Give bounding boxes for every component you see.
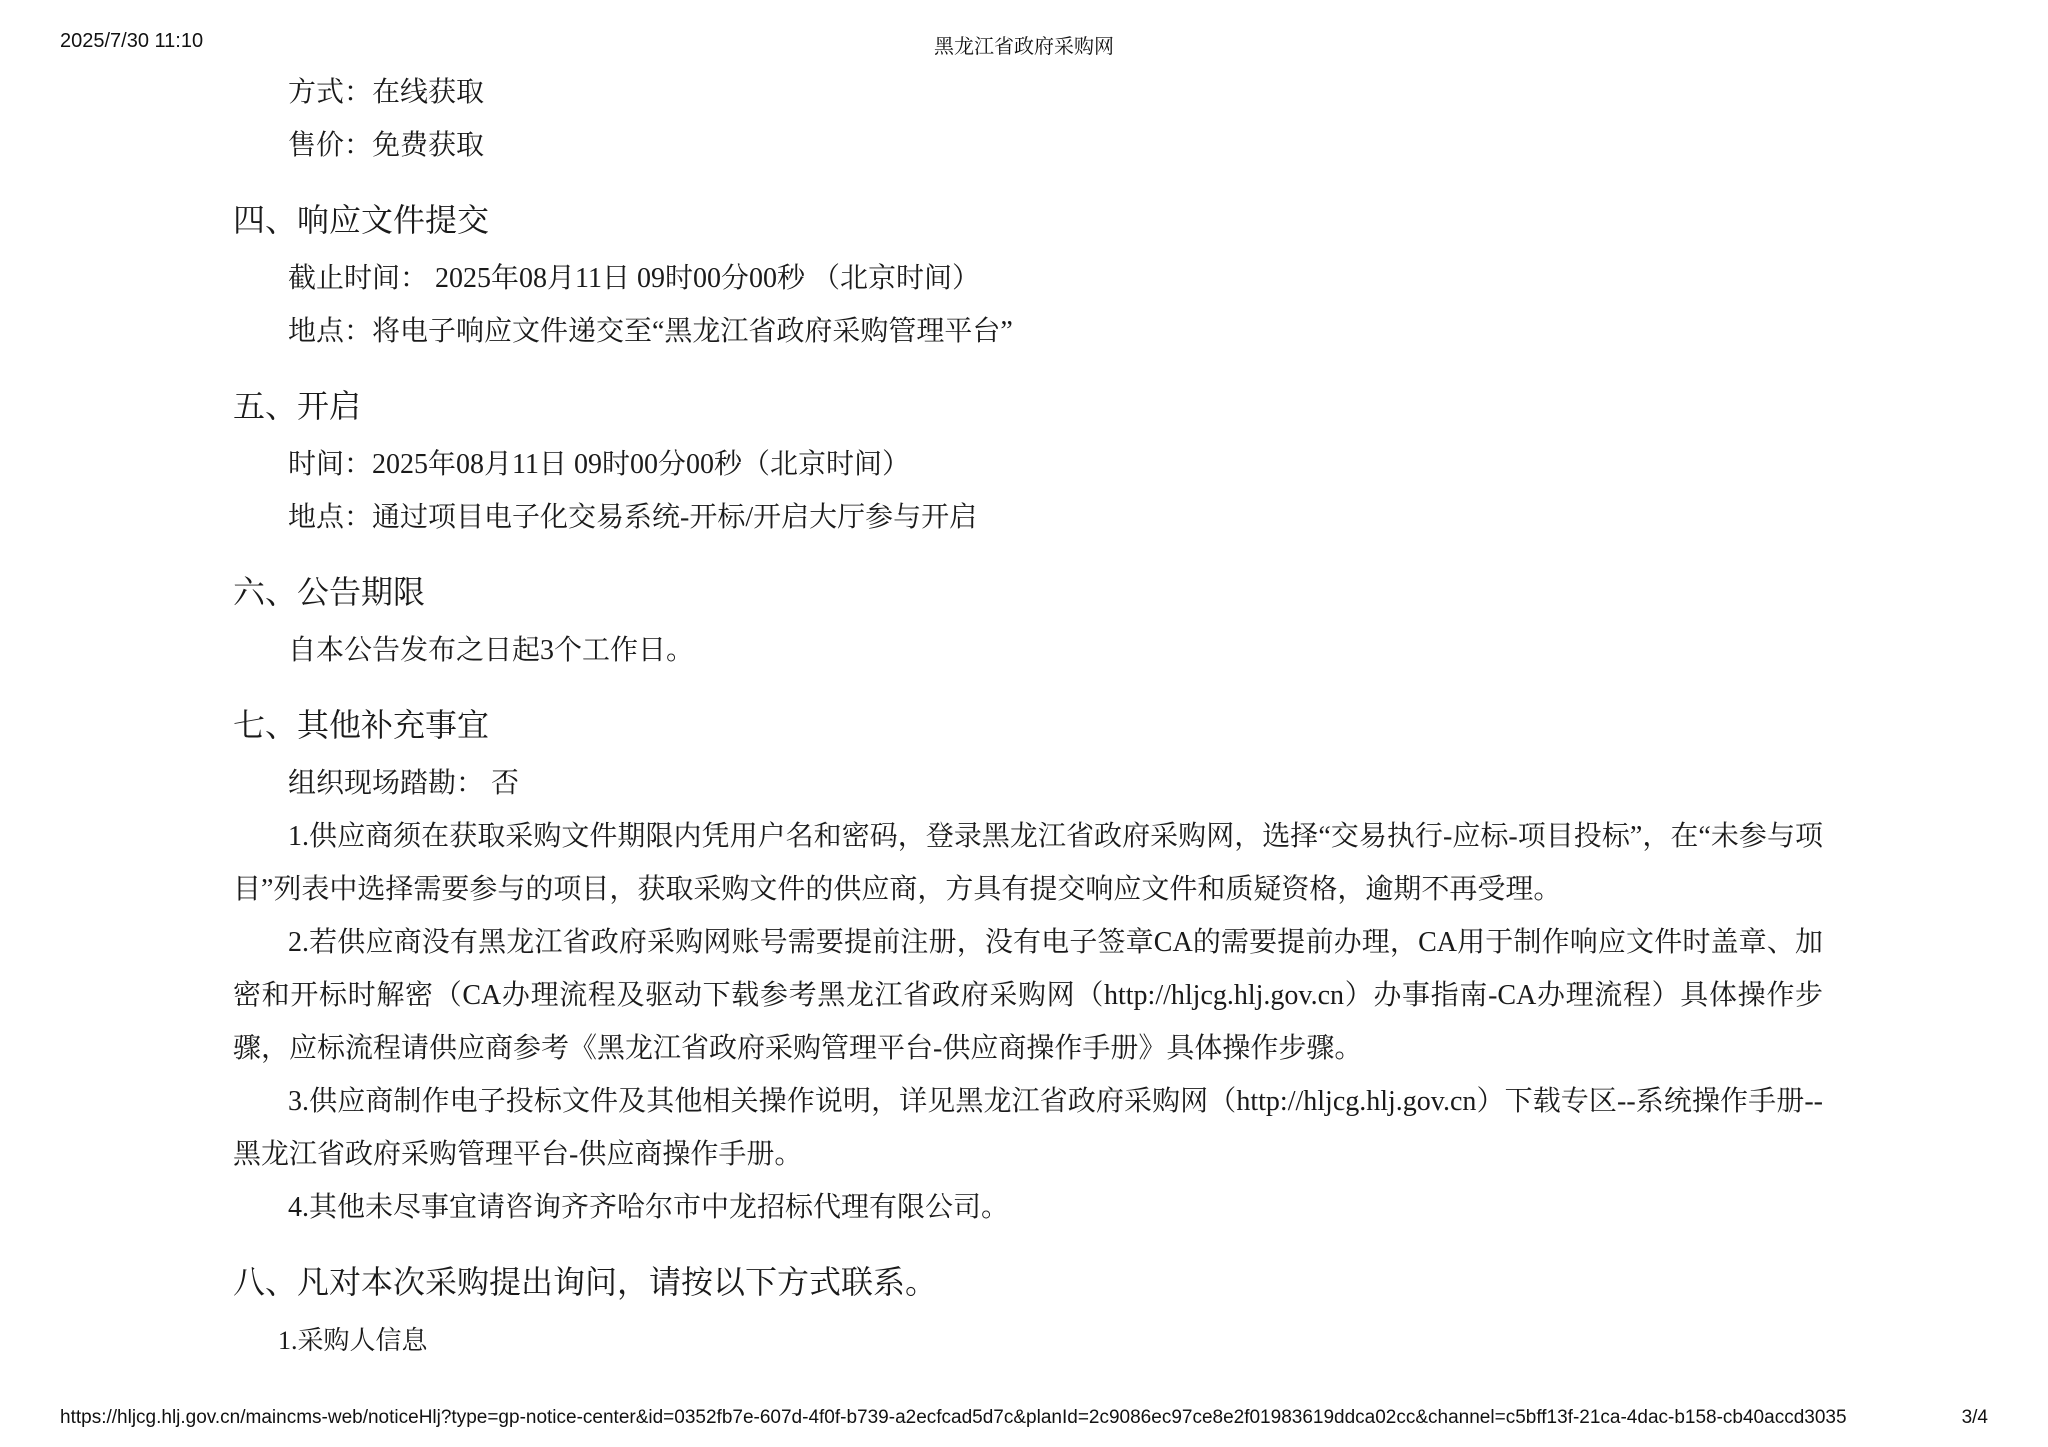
announcement-period-line: 自本公告发布之日起3个工作日。 (233, 624, 1823, 677)
other-matters-paragraph-4: 4.其他未尽事宜请咨询齐齐哈尔市中龙招标代理有限公司。 (233, 1181, 1823, 1234)
deadline-line: 截止时间： 2025年08月11日 09时00分00秒 （北京时间） (233, 252, 1823, 305)
opening-location-line: 地点：通过项目电子化交易系统-开标/开启大厅参与开启 (233, 491, 1823, 544)
submission-location-line: 地点：将电子响应文件递交至“黑龙江省政府采购管理平台” (233, 305, 1823, 358)
section-heading-other-matters: 七、其他补充事宜 (233, 699, 1823, 752)
other-matters-paragraph-2: 2.若供应商没有黑龙江省政府采购网账号需要提前注册，没有电子签章CA的需要提前办… (233, 916, 1823, 1075)
notice-document: 方式：在线获取 售价：免费获取 四、响应文件提交 截止时间： 2025年08月1… (233, 66, 1823, 1367)
opening-time-line: 时间：2025年08月11日 09时00分00秒（北京时间） (233, 438, 1823, 491)
print-footer: https://hljcg.hlj.gov.cn/maincms-web/not… (60, 1407, 1988, 1433)
acquire-method-line: 方式：在线获取 (233, 66, 1823, 119)
section-heading-response-submission: 四、响应文件提交 (233, 194, 1823, 247)
section-heading-announcement-period: 六、公告期限 (233, 566, 1823, 619)
site-title: 黑龙江省政府采购网 (60, 30, 1988, 59)
page-url: https://hljcg.hlj.gov.cn/maincms-web/not… (60, 1407, 1847, 1429)
acquire-price-line: 售价：免费获取 (233, 119, 1823, 172)
section-heading-opening: 五、开启 (233, 380, 1823, 433)
page-number: 3/4 (1962, 1407, 1988, 1429)
print-header: 2025/7/30 11:10 黑龙江省政府采购网 (60, 30, 1988, 58)
purchaser-info-label: 1.采购人信息 (233, 1314, 1823, 1367)
section-heading-contact: 八、凡对本次采购提出询问，请按以下方式联系。 (233, 1256, 1823, 1309)
site-visit-line: 组织现场踏勘： 否 (233, 757, 1823, 810)
other-matters-paragraph-3: 3.供应商制作电子投标文件及其他相关操作说明，详见黑龙江省政府采购网（http:… (233, 1075, 1823, 1181)
print-preview-page: 2025/7/30 11:10 黑龙江省政府采购网 方式：在线获取 售价：免费获… (0, 0, 2048, 1447)
other-matters-paragraph-1: 1.供应商须在获取采购文件期限内凭用户名和密码，登录黑龙江省政府采购网，选择“交… (233, 810, 1823, 916)
